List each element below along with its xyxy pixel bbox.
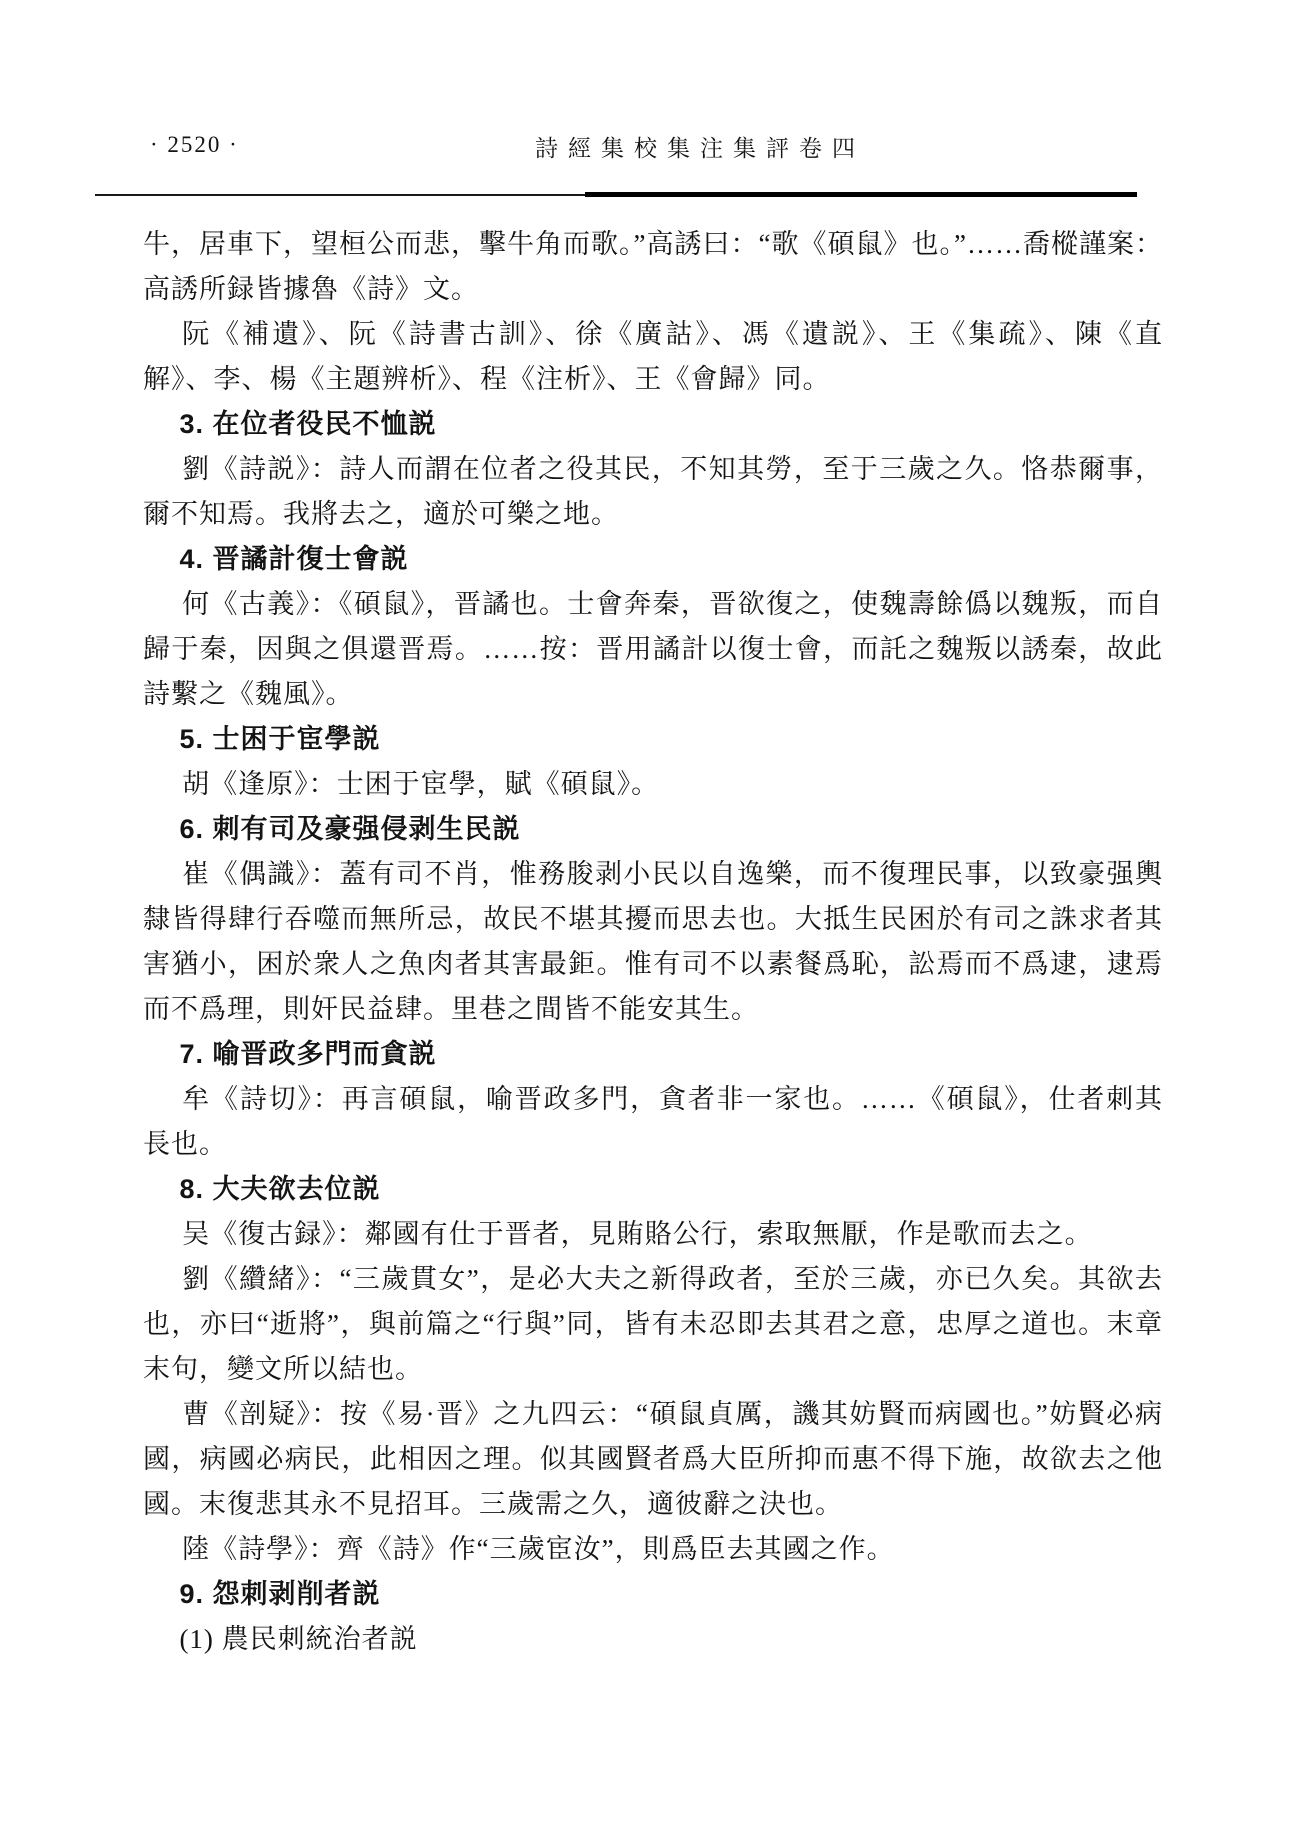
paragraph: 崔《偶識》：蓋有司不肖，惟務朘剥小民以自逸樂，而不復理民事，以致豪强輿隸皆得肆行… — [143, 852, 1163, 1032]
page-number: · 2520 · — [150, 132, 239, 158]
paragraph: 牛，居車下，望桓公而悲，擊牛角而歌。”高誘曰：“歌《碩鼠》也。”……喬樅謹案：高… — [143, 222, 1163, 312]
section-heading: 5. 士困于宦學説 — [143, 717, 1163, 762]
section-heading: 9. 怨刺剥削者説 — [143, 1572, 1163, 1617]
page-title: 詩經集校集注集評卷四 — [535, 130, 865, 163]
section-heading: 3. 在位者役民不恤説 — [143, 402, 1163, 447]
paragraph: 劉《纘緒》：“三歲貫女”，是必大夫之新得政者，至於三歲，亦已久矣。其欲去也，亦曰… — [143, 1257, 1163, 1392]
paragraph: 吴《復古録》：鄰國有仕于晋者，見賄賂公行，索取無厭，作是歌而去之。 — [143, 1212, 1163, 1257]
paragraph: 劉《詩説》：詩人而謂在位者之役其民，不知其勞，至于三歲之久。恪恭爾事，爾不知焉。… — [143, 447, 1163, 537]
paragraph: 陸《詩學》：齊《詩》作“三歲宦汝”，則爲臣去其國之作。 — [143, 1527, 1163, 1572]
page-header: · 2520 · 詩經集校集注集評卷四 — [95, 128, 1205, 168]
paragraph: 胡《逢原》：士困于宦學，賦《碩鼠》。 — [143, 762, 1163, 807]
scanned-book-page: · 2520 · 詩經集校集注集評卷四 牛，居車下，望桓公而悲，擊牛角而歌。”高… — [0, 0, 1300, 1827]
paragraph: 曹《剖疑》：按《易·晋》之九四云：“碩鼠貞厲，譏其妨賢而病國也。”妨賢必病國，病… — [143, 1392, 1163, 1527]
section-heading: 4. 晋譎計復士會説 — [143, 537, 1163, 582]
sub-heading: (1) 農民刺統治者説 — [143, 1617, 1163, 1662]
paragraph: 牟《詩切》：再言碩鼠，喻晋政多門，貪者非一家也。……《碩鼠》，仕者刺其長也。 — [143, 1077, 1163, 1167]
header-rule-thick-segment — [585, 192, 1137, 197]
paragraph: 何《古義》：《碩鼠》，晋譎也。士會奔秦，晋欲復之，使魏壽餘僞以魏叛，而自歸于秦，… — [143, 582, 1163, 717]
content-area: 牛，居車下，望桓公而悲，擊牛角而歌。”高誘曰：“歌《碩鼠》也。”……喬樅謹案：高… — [143, 222, 1163, 1662]
paragraph: 阮《補遺》、阮《詩書古訓》、徐《廣詁》、馮《遺説》、王《集疏》、陳《直解》、李、… — [143, 312, 1163, 402]
section-heading: 8. 大夫欲去位説 — [143, 1167, 1163, 1212]
section-heading: 7. 喻晋政多門而貪説 — [143, 1032, 1163, 1077]
section-heading: 6. 刺有司及豪强侵剥生民説 — [143, 807, 1163, 852]
